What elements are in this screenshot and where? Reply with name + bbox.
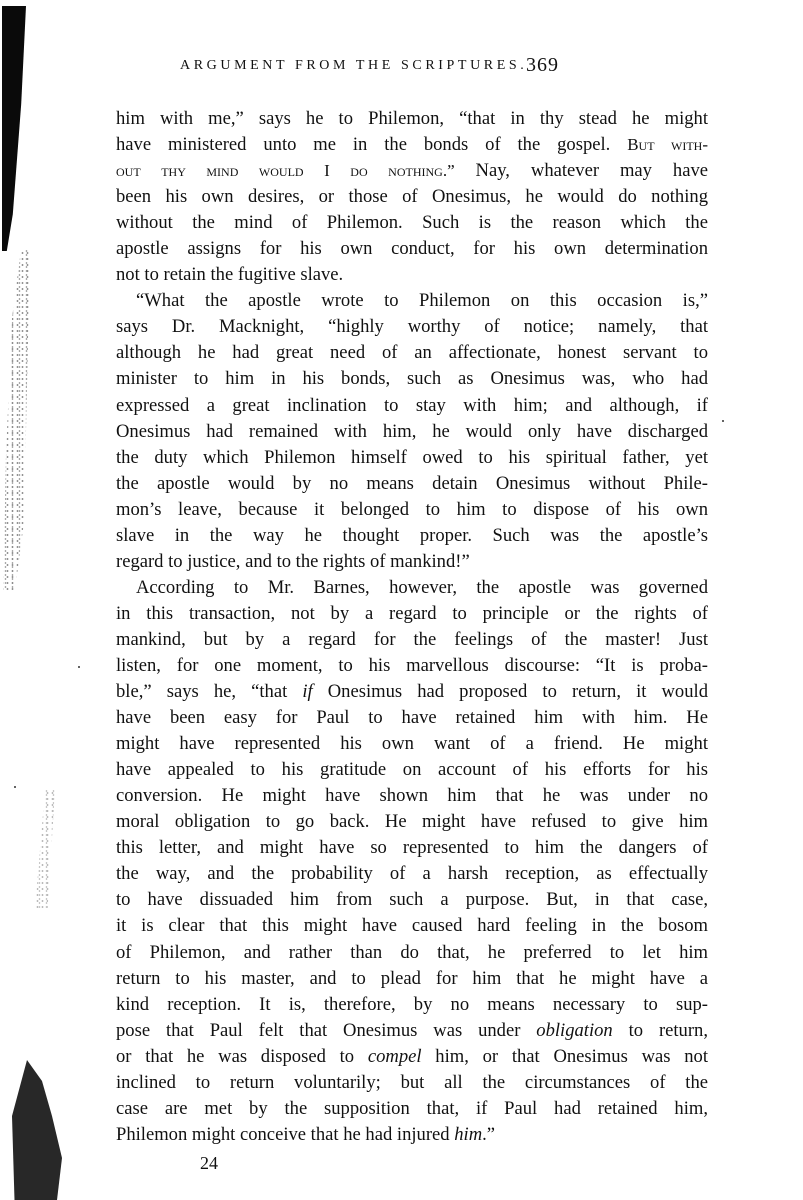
text-line: According to Mr. Barnes, however, the ap… bbox=[116, 575, 708, 601]
text-run: inclined to return voluntarily; but all … bbox=[116, 1072, 708, 1093]
text-run: have been easy for Paul to have retained… bbox=[116, 707, 708, 728]
text-line: him with me,” says he to Philemon, “that… bbox=[116, 106, 708, 132]
small-caps-text: But with- bbox=[627, 135, 708, 154]
text-line: have appealed to his gratitude on accoun… bbox=[116, 757, 708, 783]
text-run: apostle assigns for his own conduct, for… bbox=[116, 238, 708, 259]
scan-noise bbox=[0, 250, 60, 590]
scan-dot bbox=[78, 666, 80, 668]
text-run: slave in the way he thought proper. Such… bbox=[116, 525, 708, 546]
text-run: Nay, whatever may have bbox=[455, 160, 708, 181]
scan-dot bbox=[722, 420, 724, 422]
scan-binding-shadow bbox=[2, 6, 26, 251]
text-run: listen, for one moment, to his marvellou… bbox=[116, 655, 708, 676]
text-run: although he had great need of an affecti… bbox=[116, 342, 708, 363]
text-run: to have dissuaded him from such a purpos… bbox=[116, 889, 708, 910]
text-line: moral obligation to go back. He might ha… bbox=[116, 809, 708, 835]
text-line: return to his master, and to plead for h… bbox=[116, 966, 708, 992]
text-line: Onesimus had remained with him, he would… bbox=[116, 419, 708, 445]
text-line: kind reception. It is, therefore, by no … bbox=[116, 992, 708, 1018]
text-run: moral obligation to go back. He might ha… bbox=[116, 811, 708, 832]
text-run: the duty which Philemon himself owed to … bbox=[116, 447, 708, 468]
text-line: or that he was disposed to compel him, o… bbox=[116, 1044, 708, 1070]
text-run: him, or that Onesimus was not bbox=[422, 1046, 708, 1067]
text-run: case are met by the supposition that, if… bbox=[116, 1098, 708, 1119]
text-line: regard to justice, and to the rights of … bbox=[116, 549, 708, 575]
text-run: the way, and the probability of a harsh … bbox=[116, 863, 708, 884]
text-run: him with me,” says he to Philemon, “that… bbox=[116, 108, 708, 129]
text-run: or that he was disposed to bbox=[116, 1046, 368, 1067]
text-line: without the mind of Philemon. Such is th… bbox=[116, 210, 708, 236]
text-line: ble,” says he, “that if Onesimus had pro… bbox=[116, 679, 708, 705]
text-line: been his own desires, or those of Onesim… bbox=[116, 184, 708, 210]
text-run: .” bbox=[482, 1124, 495, 1145]
text-run: Philemon might conceive that he had inju… bbox=[116, 1124, 454, 1145]
text-line: of Philemon, and rather than do that, he… bbox=[116, 940, 708, 966]
text-run: in this transaction, not by a regard to … bbox=[116, 603, 708, 624]
running-head: ARGUMENT FROM THE SCRIPTURES. bbox=[180, 58, 527, 74]
text-line: expressed a great inclination to stay wi… bbox=[116, 393, 708, 419]
text-run: have ministered unto me in the bonds of … bbox=[116, 134, 627, 155]
text-line: it is clear that this might have caused … bbox=[116, 913, 708, 939]
text-run: return to his master, and to plead for h… bbox=[116, 968, 708, 989]
text-run: without the mind of Philemon. Such is th… bbox=[116, 212, 708, 233]
text-run: kind reception. It is, therefore, by no … bbox=[116, 994, 708, 1015]
text-run: regard to justice, and to the rights of … bbox=[116, 551, 470, 572]
italic-text: compel bbox=[368, 1046, 422, 1067]
page-number: 369 bbox=[526, 54, 559, 77]
text-line: might have represented his own want of a… bbox=[116, 731, 708, 757]
text-line: inclined to return voluntarily; but all … bbox=[116, 1070, 708, 1096]
signature-mark: 24 bbox=[200, 1153, 218, 1174]
text-line: Philemon might conceive that he had inju… bbox=[116, 1122, 708, 1148]
text-run: Onesimus had proposed to return, it woul… bbox=[313, 681, 708, 702]
text-run: of Philemon, and rather than do that, he… bbox=[116, 942, 708, 963]
text-line: although he had great need of an affecti… bbox=[116, 340, 708, 366]
text-run: expressed a great inclination to stay wi… bbox=[116, 395, 708, 416]
text-line: says Dr. Macknight, “highly worthy of no… bbox=[116, 314, 708, 340]
italic-text: if bbox=[302, 681, 312, 702]
text-line: apostle assigns for his own conduct, for… bbox=[116, 236, 708, 262]
text-run: mon’s leave, because it belonged to him … bbox=[116, 499, 708, 520]
scan-corner-blot bbox=[12, 1060, 62, 1200]
text-run: it is clear that this might have caused … bbox=[116, 915, 708, 936]
text-run: ble,” says he, “that bbox=[116, 681, 302, 702]
text-run: “What the apostle wrote to Philemon on t… bbox=[136, 290, 708, 311]
text-line: conversion. He might have shown him that… bbox=[116, 783, 708, 809]
text-line: pose that Paul felt that Onesimus was un… bbox=[116, 1018, 708, 1044]
text-run: According to Mr. Barnes, however, the ap… bbox=[136, 577, 708, 598]
text-line: the way, and the probability of a harsh … bbox=[116, 861, 708, 887]
text-line: listen, for one moment, to his marvellou… bbox=[116, 653, 708, 679]
text-line: not to retain the fugitive slave. bbox=[116, 262, 708, 288]
text-run: been his own desires, or those of Onesim… bbox=[116, 186, 708, 207]
text-line: slave in the way he thought proper. Such… bbox=[116, 523, 708, 549]
text-line: this letter, and might have so represent… bbox=[116, 835, 708, 861]
text-line: the duty which Philemon himself owed to … bbox=[116, 445, 708, 471]
text-run: might have represented his own want of a… bbox=[116, 733, 708, 754]
small-caps-text: out thy mind would I do nothing.” bbox=[116, 161, 455, 180]
scan-dot bbox=[14, 786, 16, 788]
text-line: in this transaction, not by a regard to … bbox=[116, 601, 708, 627]
italic-text: obligation bbox=[536, 1020, 612, 1041]
text-run: minister to him in his bonds, such as On… bbox=[116, 368, 708, 389]
text-line: mankind, but by a regard for the feeling… bbox=[116, 627, 708, 653]
italic-text: him bbox=[454, 1124, 482, 1145]
text-run: the apostle would by no means detain One… bbox=[116, 473, 708, 494]
text-line: the apostle would by no means detain One… bbox=[116, 471, 708, 497]
text-run: this letter, and might have so represent… bbox=[116, 837, 708, 858]
text-run: to return, bbox=[613, 1020, 708, 1041]
text-line: case are met by the supposition that, if… bbox=[116, 1096, 708, 1122]
text-run: pose that Paul felt that Onesimus was un… bbox=[116, 1020, 536, 1041]
text-line: have been easy for Paul to have retained… bbox=[116, 705, 708, 731]
text-run: conversion. He might have shown him that… bbox=[116, 785, 708, 806]
text-run: mankind, but by a regard for the feeling… bbox=[116, 629, 708, 650]
text-run: Onesimus had remained with him, he would… bbox=[116, 421, 708, 442]
scan-noise bbox=[20, 790, 70, 910]
text-line: have ministered unto me in the bonds of … bbox=[116, 132, 708, 158]
text-line: “What the apostle wrote to Philemon on t… bbox=[116, 288, 708, 314]
text-line: mon’s leave, because it belonged to him … bbox=[116, 497, 708, 523]
text-line: to have dissuaded him from such a purpos… bbox=[116, 887, 708, 913]
text-line: minister to him in his bonds, such as On… bbox=[116, 366, 708, 392]
text-run: have appealed to his gratitude on accoun… bbox=[116, 759, 708, 780]
text-line: out thy mind would I do nothing.” Nay, w… bbox=[116, 158, 708, 184]
text-run: not to retain the fugitive slave. bbox=[116, 264, 343, 285]
text-run: says Dr. Macknight, “highly worthy of no… bbox=[116, 316, 708, 337]
body-text: him with me,” says he to Philemon, “that… bbox=[116, 106, 708, 1148]
